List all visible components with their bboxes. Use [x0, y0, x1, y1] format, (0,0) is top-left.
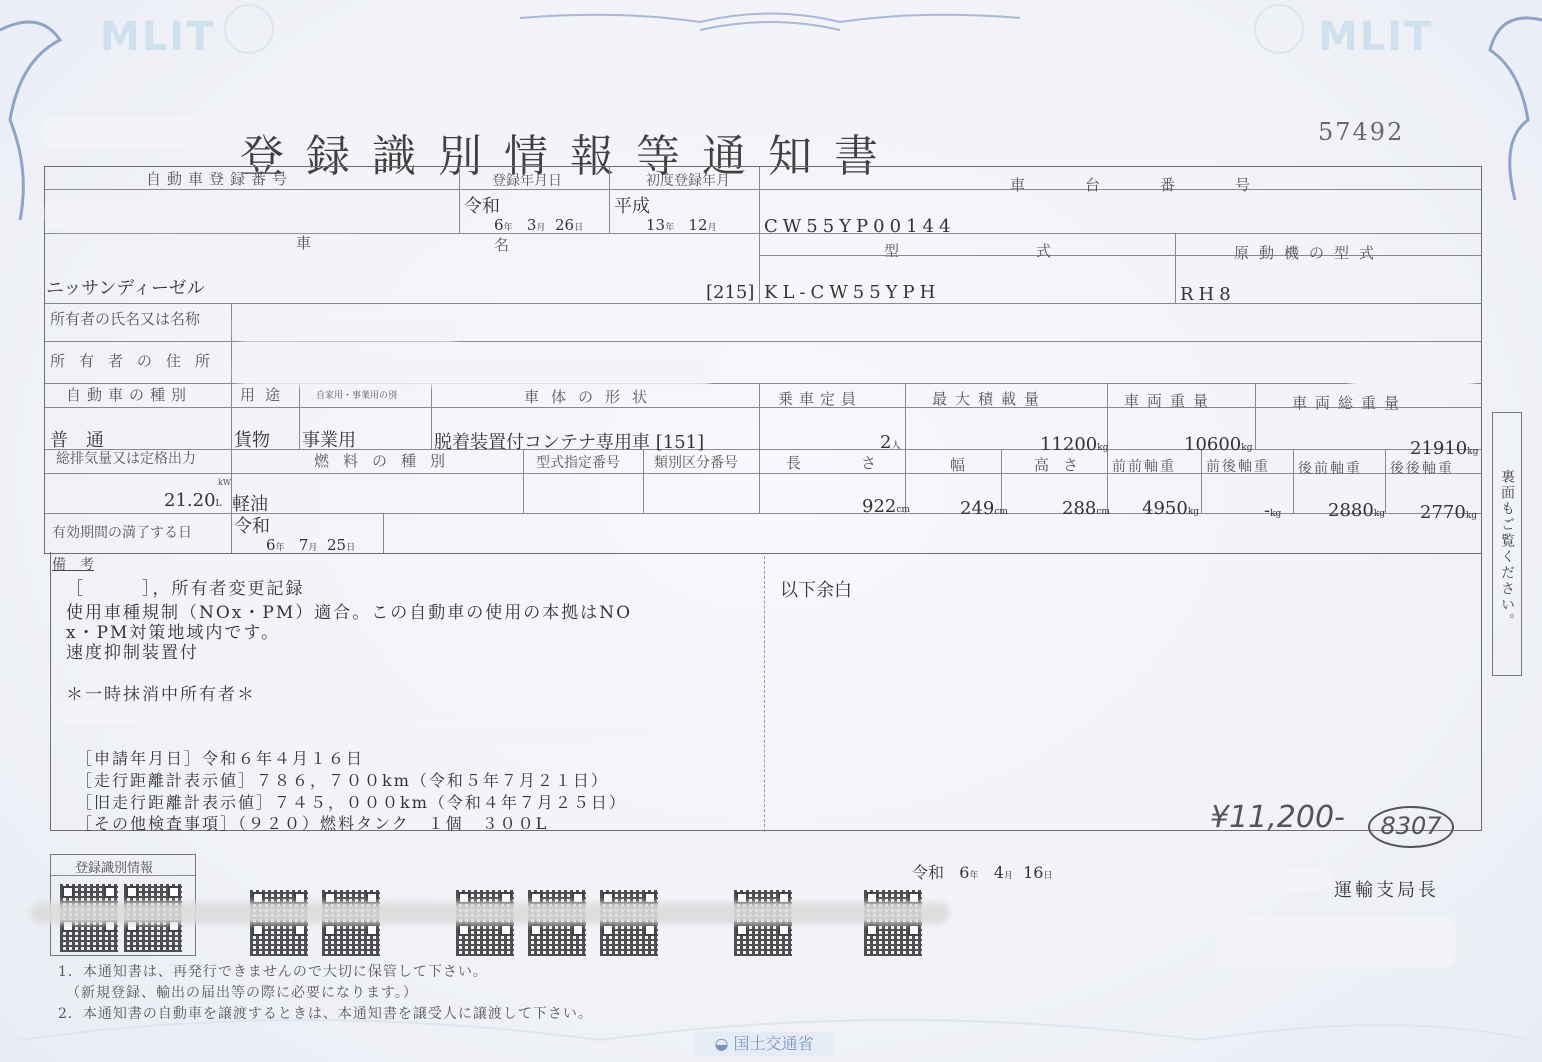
redacted-issuer-region: [1270, 868, 1334, 890]
label-use: 用途: [240, 384, 290, 405]
qr-code-icon: [528, 922, 586, 956]
ministry-name: 国土交通省: [734, 1034, 814, 1053]
redacted-remark: [56, 702, 266, 724]
displacement: 21.20L: [164, 490, 222, 511]
label-first-registration: 初度登録年月: [646, 170, 730, 190]
rr-axle: 2770kg: [1420, 502, 1477, 523]
emblem-icon-left: [224, 4, 274, 54]
qr-code-icon: [250, 922, 308, 956]
qr-code-icon: [864, 922, 922, 956]
remark-line-4: 速度抑制装置付: [66, 638, 199, 663]
car-name: ニッサンディーゼル: [46, 274, 205, 300]
displacement-unit-top: kW: [218, 478, 231, 487]
use: 貨物: [234, 426, 270, 452]
model: KL-CW55YPH: [764, 282, 940, 303]
label-ff-axle: 前前軸重: [1112, 456, 1176, 476]
vehicle-weight: 10600kg: [1184, 434, 1252, 455]
remarks-divider: [764, 556, 765, 832]
qr-code-icon: [456, 922, 514, 956]
label-engine-model: 原動機の型式: [1234, 242, 1384, 263]
height: 288cm: [1062, 498, 1110, 519]
document-paper: MLIT MLIT 57492 登録識別情報等通知書: [0, 0, 1542, 1062]
side-note-text: 裏面もご覧ください。: [1497, 469, 1517, 629]
ff-axle: 4950kg: [1142, 498, 1199, 519]
redacted-registration-number: [46, 200, 366, 230]
length: 922cm: [862, 496, 910, 517]
label-type-designation: 型式指定番号: [536, 452, 620, 472]
footnotes: 1．本通知書は、再発行できませんので大切に保管して下さい。 （新規登録、輸出の届…: [58, 962, 593, 1025]
fr-axle: -kg: [1264, 500, 1281, 521]
handwritten-price: ¥11,200-: [1210, 800, 1345, 835]
redacted-remark-2: [280, 720, 660, 740]
label-height: 高さ: [1034, 454, 1092, 475]
label-vehicle-weight: 車両重量: [1124, 390, 1216, 411]
issue-date: 令和 6年 4月 16日: [912, 860, 1053, 883]
label-registration-number: 自動車登録番号: [146, 168, 293, 189]
emblem-icon-right: [1254, 4, 1304, 54]
registration-date: 6年 3月 26日: [494, 216, 583, 234]
label-rr-axle: 後後軸重: [1390, 458, 1454, 478]
footnote-2: 2．本通知書の自動車を譲渡するときは、本通知書を譲受人に譲渡して下さい。: [58, 1004, 593, 1025]
capacity: 2人: [880, 432, 900, 453]
label-car-name-1: 車: [296, 232, 317, 253]
car-name-code: [215]: [706, 282, 754, 303]
label-fr-axle: 前後軸重: [1206, 456, 1270, 476]
qr-code-icon: [322, 922, 380, 956]
label-remarks: 備 考: [52, 554, 94, 574]
label-model-2: 式: [1036, 240, 1057, 261]
chassis-number: CW55YP00144: [764, 216, 955, 237]
redacted-area: [40, 118, 208, 148]
redacted-owner-name: [234, 314, 462, 342]
label-fuel: 燃料の種別: [314, 450, 459, 471]
label-chassis-number: 車台番号: [1010, 174, 1310, 195]
redacted-seal: [1216, 918, 1456, 968]
label-displacement: 総排気量又は定格出力: [56, 448, 196, 468]
qr-box-label: 登録識別情報: [75, 857, 153, 876]
registration-date-era: 令和: [464, 192, 500, 218]
label-length: 長さ: [786, 452, 936, 473]
label-category-number: 類別区分番号: [654, 452, 738, 472]
label-private-business: 自家用・事業用の別: [316, 388, 397, 401]
qr-code-icon: [600, 922, 658, 956]
mlit-logo-left: MLIT: [100, 14, 215, 60]
remark-line-9: ［その他検査事項］（９２０）燃料タンク １個 ３００L: [76, 811, 548, 834]
footnote-1b: （新規登録、輸出の届出等の際に必要になります。）: [58, 983, 593, 1004]
remark-line-7: ［走行距離計表示値］７８６，７００km（令和５年７月２１日）: [76, 768, 609, 791]
ministry-logo: ◒ 国土交通省: [694, 1032, 834, 1056]
label-rf-axle: 後前軸重: [1298, 458, 1362, 478]
qr-code-icon: [734, 922, 792, 956]
redaction-band: [30, 902, 950, 924]
max-load: 11200kg: [1040, 434, 1108, 455]
gross-weight: 21910kg: [1410, 438, 1478, 459]
issuer-title: 運輸支局長: [1334, 876, 1439, 902]
expiry-era: 令和: [234, 512, 270, 538]
side-note-box: 裏面もご覧ください。: [1492, 412, 1522, 676]
label-body-shape: 車体の形状: [524, 386, 659, 407]
label-vehicle-class: 自動車の種別: [66, 384, 192, 405]
handwritten-circled-number: 8307: [1368, 806, 1454, 848]
label-car-name-2: 名: [494, 234, 515, 255]
rf-axle: 2880kg: [1328, 500, 1385, 521]
remark-line-6: ［申請年月日］令和６年４月１６日: [76, 746, 364, 769]
label-expiry: 有効期間の満了する日: [52, 522, 192, 542]
label-model-1: 型: [884, 240, 905, 261]
label-owner-address: 所有者の住所: [50, 350, 224, 371]
footnote-1: 1．本通知書は、再発行できませんので大切に保管して下さい。: [58, 962, 593, 983]
label-owner-name: 所有者の氏名又は名称: [50, 308, 200, 329]
width: 249cm: [960, 498, 1008, 519]
label-gross-weight: 車両総重量: [1292, 392, 1407, 413]
mlit-logo-right: MLIT: [1318, 14, 1433, 60]
engine-model: RH8: [1180, 284, 1236, 305]
label-capacity: 乗車定員: [778, 388, 862, 409]
redacted-owner-address: [234, 356, 714, 386]
body-shape: 脱着装置付コンテナ専用車 [151]: [434, 428, 704, 454]
ministry-emblem-icon: ◒: [714, 1034, 733, 1053]
remarks-right-text: 以下余白: [780, 576, 852, 602]
private-business: 事業用: [302, 426, 356, 452]
first-registration-era: 平成: [614, 192, 650, 218]
serial-number: 57492: [1318, 118, 1404, 146]
label-max-load: 最大積載量: [932, 388, 1047, 409]
remark-line-8: ［旧走行距離計表示値］７４５，０００km（令和４年７月２５日）: [76, 790, 627, 813]
remark-line-1: ［ ］，所有者変更記録: [66, 574, 305, 599]
first-registration-date: 13年 12月: [646, 216, 717, 234]
label-width: 幅: [950, 454, 971, 475]
label-registration-date: 登録年月日: [492, 170, 562, 190]
redacted-area-right: [1350, 370, 1474, 390]
